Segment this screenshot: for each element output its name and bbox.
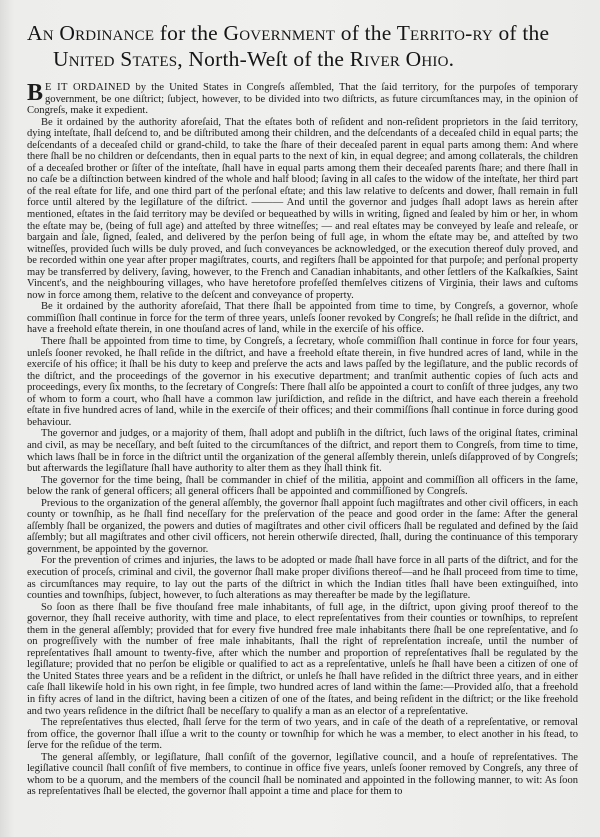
- opening-lead: E IT ORDAINED: [45, 82, 130, 93]
- paragraph-descent-of-estates: Be it ordained by the authority aforeſai…: [27, 117, 578, 302]
- paragraph-general-assembly: The general aſſembly, or legiſlature, ſh…: [27, 752, 578, 798]
- drop-cap: B: [27, 83, 43, 103]
- document-title: An Ordinance for the Government of the T…: [27, 20, 578, 72]
- paragraph-militia: The governor for the time being, ſhall b…: [27, 475, 578, 498]
- paragraph-magistrates: Previous to the organization of the gene…: [27, 498, 578, 556]
- document-page: An Ordinance for the Government of the T…: [0, 0, 600, 837]
- paragraph-counties: For the prevention of crimes and injurie…: [27, 555, 578, 601]
- document-body: BE IT ORDAINED by the United States in C…: [27, 82, 578, 798]
- paragraph-representation: So ſoon as there ſhall be five thouſand …: [27, 602, 578, 717]
- paragraph-term-of-representatives: The repreſentatives thus elected, ſhall …: [27, 717, 578, 752]
- opening-paragraph: BE IT ORDAINED by the United States in C…: [27, 82, 578, 117]
- paragraph-adoption-of-laws: The governor and judges, or a majority o…: [27, 428, 578, 474]
- paragraph-governor: Be it ordained by the authority aforeſai…: [27, 301, 578, 336]
- paragraph-secretary-and-judges: There ſhall be appointed from time to ti…: [27, 336, 578, 428]
